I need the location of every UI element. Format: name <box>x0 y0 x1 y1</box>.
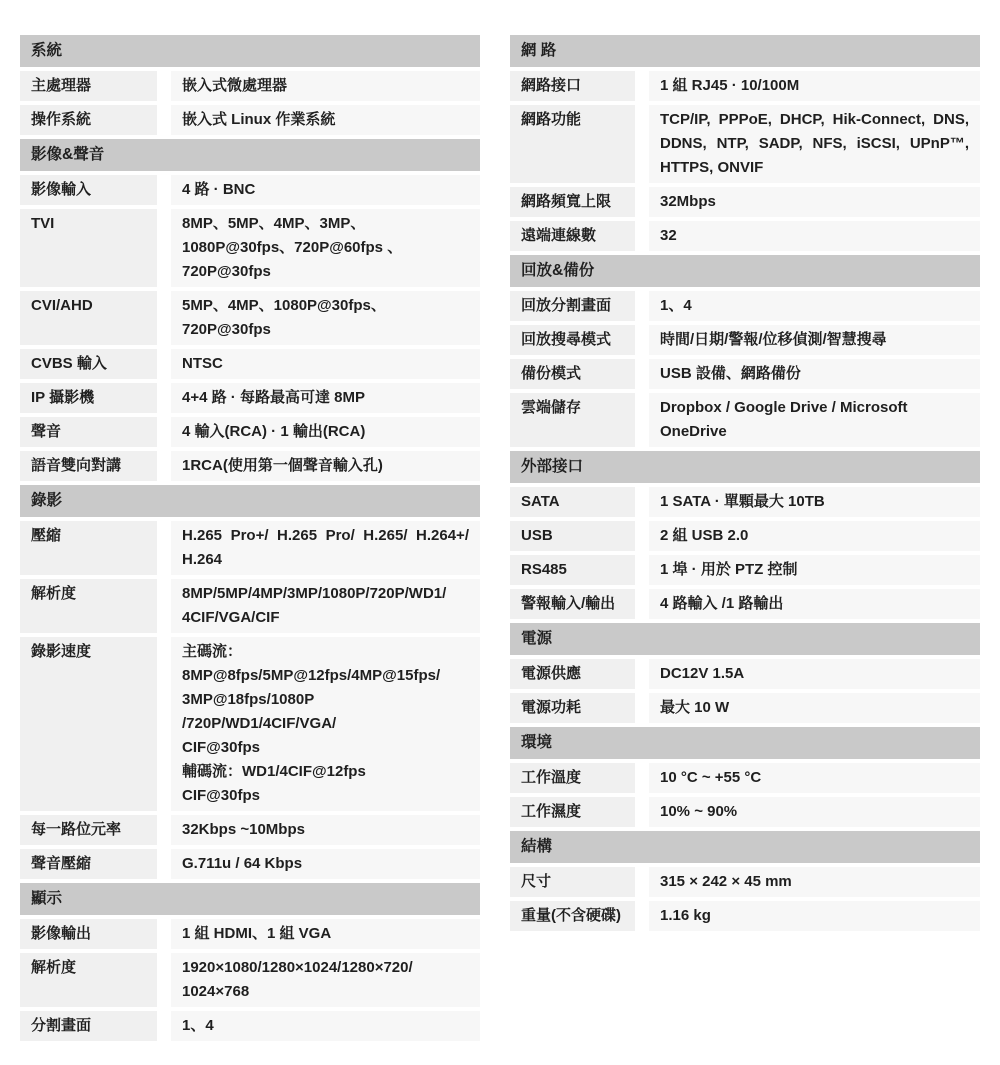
spec-label: 尺寸 <box>510 867 635 897</box>
spec-label: 語音雙向對講 <box>20 451 157 481</box>
spec-label: 雲端儲存 <box>510 393 635 447</box>
spec-value: 4 輸入(RCA) · 1 輸出(RCA) <box>171 417 480 447</box>
spec-value: 10 °C ~ +55 °C <box>649 763 980 793</box>
spec-sheet: 系統主處理器嵌入式微處理器操作系統嵌入式 Linux 作業系統影像&聲音影像輸入… <box>0 0 1000 1065</box>
spec-label: 每一路位元率 <box>20 815 157 845</box>
spec-row: 影像輸入4 路 · BNC <box>20 175 480 205</box>
spec-row: USB2 組 USB 2.0 <box>510 521 980 551</box>
section-header-system: 系統 <box>20 35 480 67</box>
spec-label: 影像輸出 <box>20 919 157 949</box>
section-header-power: 電源 <box>510 623 980 655</box>
spec-label: 電源功耗 <box>510 693 635 723</box>
spec-label: 工作溫度 <box>510 763 635 793</box>
section-header-environment: 環境 <box>510 727 980 759</box>
spec-row: 尺寸315 × 242 × 45 mm <box>510 867 980 897</box>
spec-value: H.265 Pro+/ H.265 Pro/ H.265/ H.264+/ H.… <box>171 521 480 575</box>
section-header-playback-backup: 回放&備份 <box>510 255 980 287</box>
spec-column-left: 系統主處理器嵌入式微處理器操作系統嵌入式 Linux 作業系統影像&聲音影像輸入… <box>20 35 480 1045</box>
spec-row: 分割畫面1、4 <box>20 1011 480 1041</box>
spec-value: 時間/日期/警報/位移偵測/智慧搜尋 <box>649 325 980 355</box>
spec-value: 10% ~ 90% <box>649 797 980 827</box>
spec-value: USB 設備、網路備份 <box>649 359 980 389</box>
spec-row: CVI/AHD5MP、4MP、1080P@30fps、720P@30fps <box>20 291 480 345</box>
spec-label: 壓縮 <box>20 521 157 575</box>
spec-row: 聲音4 輸入(RCA) · 1 輸出(RCA) <box>20 417 480 447</box>
spec-value: 1、4 <box>649 291 980 321</box>
spec-row: 網路功能TCP/IP, PPPoE, DHCP, Hik-Connect, DN… <box>510 105 980 183</box>
spec-label: 警報輸入/輸出 <box>510 589 635 619</box>
spec-value: 1.16 kg <box>649 901 980 931</box>
spec-value: 2 組 USB 2.0 <box>649 521 980 551</box>
spec-label: 備份模式 <box>510 359 635 389</box>
spec-row: RS4851 埠 · 用於 PTZ 控制 <box>510 555 980 585</box>
spec-label: 錄影速度 <box>20 637 157 811</box>
spec-value: 8MP、5MP、4MP、3MP、1080P@30fps、720P@60fps 、… <box>171 209 480 287</box>
spec-value: 8MP/5MP/4MP/3MP/1080P/720P/WD1/ 4CIF/VGA… <box>171 579 480 633</box>
section-header-network: 網 路 <box>510 35 980 67</box>
spec-row: 解析度8MP/5MP/4MP/3MP/1080P/720P/WD1/ 4CIF/… <box>20 579 480 633</box>
spec-label: IP 攝影機 <box>20 383 157 413</box>
spec-value: 主碼流： 8MP@8fps/5MP@12fps/4MP@15fps/ 3MP@1… <box>171 637 480 811</box>
spec-label: TVI <box>20 209 157 287</box>
spec-label: 重量(不含硬碟) <box>510 901 635 931</box>
spec-value: 32 <box>649 221 980 251</box>
spec-label: 影像輸入 <box>20 175 157 205</box>
spec-label: 聲音壓縮 <box>20 849 157 879</box>
spec-value: 嵌入式微處理器 <box>171 71 480 101</box>
spec-value: 1 組 RJ45 · 10/100M <box>649 71 980 101</box>
spec-value: 1 SATA · 單顆最大 10TB <box>649 487 980 517</box>
spec-label: 遠端連線數 <box>510 221 635 251</box>
spec-row: 重量(不含硬碟)1.16 kg <box>510 901 980 931</box>
spec-value: DC12V 1.5A <box>649 659 980 689</box>
section-header-video-audio: 影像&聲音 <box>20 139 480 171</box>
spec-row: 遠端連線數32 <box>510 221 980 251</box>
section-header-external-interface: 外部接口 <box>510 451 980 483</box>
spec-row: 工作溫度10 °C ~ +55 °C <box>510 763 980 793</box>
spec-label: 分割畫面 <box>20 1011 157 1041</box>
spec-row: 網路接口1 組 RJ45 · 10/100M <box>510 71 980 101</box>
spec-row: TVI8MP、5MP、4MP、3MP、1080P@30fps、720P@60fp… <box>20 209 480 287</box>
spec-row: 電源供應DC12V 1.5A <box>510 659 980 689</box>
spec-row: 語音雙向對講1RCA(使用第一個聲音輸入孔) <box>20 451 480 481</box>
spec-row: 回放搜尋模式時間/日期/警報/位移偵測/智慧搜尋 <box>510 325 980 355</box>
spec-value: 1、4 <box>171 1011 480 1041</box>
spec-label: 回放分割畫面 <box>510 291 635 321</box>
spec-label: 網路頻寬上限 <box>510 187 635 217</box>
spec-row: 雲端儲存Dropbox / Google Drive / Microsoft O… <box>510 393 980 447</box>
spec-column-right: 網 路網路接口1 組 RJ45 · 10/100M網路功能TCP/IP, PPP… <box>510 35 980 935</box>
spec-value: 嵌入式 Linux 作業系統 <box>171 105 480 135</box>
spec-label: 電源供應 <box>510 659 635 689</box>
spec-row: 操作系統嵌入式 Linux 作業系統 <box>20 105 480 135</box>
spec-row: IP 攝影機4+4 路 · 每路最高可達 8MP <box>20 383 480 413</box>
spec-value: 1 組 HDMI、1 組 VGA <box>171 919 480 949</box>
spec-label: 網路接口 <box>510 71 635 101</box>
spec-value: 4 路 · BNC <box>171 175 480 205</box>
spec-value: 32Kbps ~10Mbps <box>171 815 480 845</box>
spec-row: 解析度1920×1080/1280×1024/1280×720/ 1024×76… <box>20 953 480 1007</box>
spec-row: 工作濕度10% ~ 90% <box>510 797 980 827</box>
spec-value: 1920×1080/1280×1024/1280×720/ 1024×768 <box>171 953 480 1007</box>
spec-label: 回放搜尋模式 <box>510 325 635 355</box>
spec-label: SATA <box>510 487 635 517</box>
spec-row: 備份模式USB 設備、網路備份 <box>510 359 980 389</box>
spec-row: 錄影速度主碼流： 8MP@8fps/5MP@12fps/4MP@15fps/ 3… <box>20 637 480 811</box>
spec-row: 網路頻寬上限32Mbps <box>510 187 980 217</box>
spec-row: 警報輸入/輸出4 路輸入 /1 路輸出 <box>510 589 980 619</box>
spec-label: 工作濕度 <box>510 797 635 827</box>
spec-value: Dropbox / Google Drive / Microsoft OneDr… <box>649 393 980 447</box>
spec-label: 聲音 <box>20 417 157 447</box>
spec-value: 315 × 242 × 45 mm <box>649 867 980 897</box>
spec-row: 壓縮H.265 Pro+/ H.265 Pro/ H.265/ H.264+/ … <box>20 521 480 575</box>
spec-row: 電源功耗最大 10 W <box>510 693 980 723</box>
spec-row: 每一路位元率32Kbps ~10Mbps <box>20 815 480 845</box>
spec-row: 影像輸出1 組 HDMI、1 組 VGA <box>20 919 480 949</box>
spec-row: 主處理器嵌入式微處理器 <box>20 71 480 101</box>
spec-label: CVBS 輸入 <box>20 349 157 379</box>
spec-label: 解析度 <box>20 953 157 1007</box>
spec-value: G.711u / 64 Kbps <box>171 849 480 879</box>
section-header-display: 顯示 <box>20 883 480 915</box>
spec-row: SATA1 SATA · 單顆最大 10TB <box>510 487 980 517</box>
spec-label: 網路功能 <box>510 105 635 183</box>
spec-value: 32Mbps <box>649 187 980 217</box>
spec-value: 最大 10 W <box>649 693 980 723</box>
spec-label: RS485 <box>510 555 635 585</box>
spec-value: 1RCA(使用第一個聲音輸入孔) <box>171 451 480 481</box>
spec-value: NTSC <box>171 349 480 379</box>
section-header-recording: 錄影 <box>20 485 480 517</box>
spec-value: 1 埠 · 用於 PTZ 控制 <box>649 555 980 585</box>
spec-row: 聲音壓縮G.711u / 64 Kbps <box>20 849 480 879</box>
spec-row: CVBS 輸入NTSC <box>20 349 480 379</box>
spec-value: 4+4 路 · 每路最高可達 8MP <box>171 383 480 413</box>
spec-label: 操作系統 <box>20 105 157 135</box>
spec-label: 主處理器 <box>20 71 157 101</box>
spec-label: CVI/AHD <box>20 291 157 345</box>
spec-value: 4 路輸入 /1 路輸出 <box>649 589 980 619</box>
section-header-structure: 結構 <box>510 831 980 863</box>
spec-row: 回放分割畫面1、4 <box>510 291 980 321</box>
spec-label: 解析度 <box>20 579 157 633</box>
spec-label: USB <box>510 521 635 551</box>
spec-value: TCP/IP, PPPoE, DHCP, Hik-Connect, DNS, D… <box>649 105 980 183</box>
spec-value: 5MP、4MP、1080P@30fps、720P@30fps <box>171 291 480 345</box>
